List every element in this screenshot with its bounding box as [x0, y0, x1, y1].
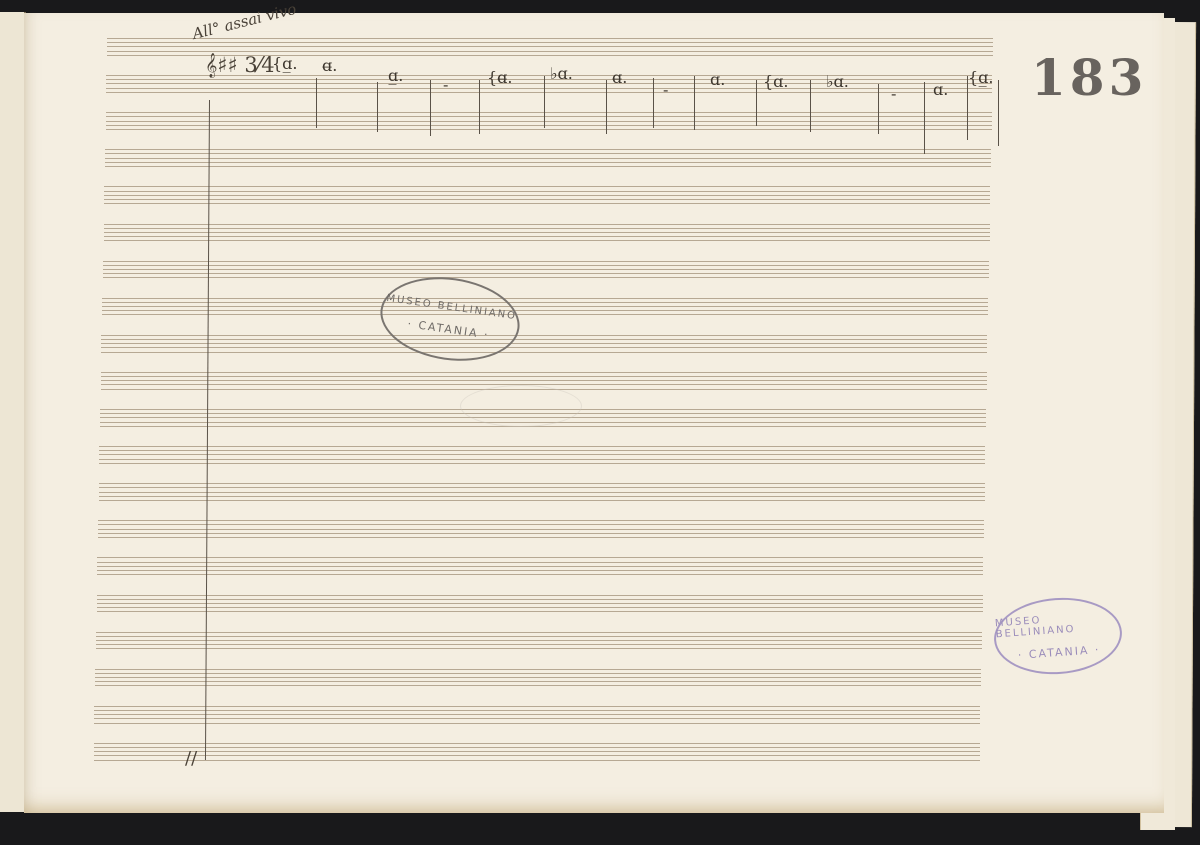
staff-line — [104, 195, 990, 196]
staff-line — [95, 681, 981, 682]
staff-line — [104, 186, 990, 187]
stamp-top-text: MUSEO BELLINIANO — [386, 293, 518, 322]
staff-line — [99, 487, 985, 488]
staff-line — [99, 459, 985, 460]
staff-line — [97, 595, 983, 596]
staff-line — [104, 199, 990, 200]
staff-line — [103, 265, 989, 266]
staff-line — [99, 483, 985, 484]
staff — [95, 669, 981, 689]
staff-line — [97, 603, 983, 604]
note-glyph: ɑ̶. — [612, 68, 627, 87]
page-number: 183 — [1031, 48, 1147, 107]
staff-line — [104, 224, 990, 225]
staff-line — [94, 706, 980, 707]
staff — [99, 483, 985, 503]
staff-line — [106, 129, 992, 130]
staff-line — [102, 302, 988, 303]
staff-line — [103, 269, 989, 270]
note-glyph: {ɑ̶. — [487, 68, 513, 87]
staff — [98, 520, 984, 540]
staff-line — [95, 677, 981, 678]
barline — [998, 80, 999, 146]
staff-line — [101, 335, 987, 336]
staff-line — [104, 203, 990, 204]
staff-line — [106, 125, 992, 126]
staff-line — [96, 644, 982, 645]
staff-line — [97, 574, 983, 575]
staff-line — [107, 46, 993, 47]
bracket-end-mark: // — [185, 748, 197, 769]
staff-line — [101, 347, 987, 348]
barline — [606, 80, 607, 134]
staff-line — [99, 496, 985, 497]
staff-line — [96, 640, 982, 641]
staff-line — [104, 236, 990, 237]
note-glyph: ɑ̲. — [388, 66, 403, 85]
barline — [653, 78, 654, 128]
staff-line — [98, 537, 984, 538]
staff-line — [97, 570, 983, 571]
stamp-top-text: MUSEO BELLINIANO — [995, 609, 1120, 640]
staff — [97, 557, 983, 577]
staff-line — [102, 306, 988, 307]
staff — [94, 743, 980, 763]
staff-line — [104, 191, 990, 192]
barline — [694, 76, 695, 130]
note-glyph: - — [891, 84, 896, 103]
note-glyph: {ɑ̲. — [968, 68, 994, 87]
staff — [97, 595, 983, 615]
staff-line — [95, 673, 981, 674]
staff-line — [106, 88, 992, 89]
staff-line — [94, 755, 980, 756]
barline — [810, 80, 811, 132]
note-glyph: {ɑ. — [763, 72, 789, 91]
staff-line — [107, 51, 993, 52]
staff-line — [107, 38, 993, 39]
staff — [99, 446, 985, 466]
barline — [967, 76, 968, 140]
staff-line — [94, 760, 980, 761]
note-glyph: ♭ɑ. — [826, 72, 849, 91]
staff — [101, 335, 987, 355]
note-glyph: - — [443, 75, 448, 94]
staff-line — [106, 121, 992, 122]
staff-line — [100, 426, 986, 427]
staff-line — [95, 685, 981, 686]
staff-line — [97, 562, 983, 563]
staff — [96, 632, 982, 652]
staff-line — [101, 380, 987, 381]
note-glyph: ♭ɑ. — [550, 64, 573, 83]
staff-line — [97, 557, 983, 558]
staff-line — [107, 42, 993, 43]
barline — [924, 82, 925, 154]
staff-line — [99, 450, 985, 451]
note-glyph: {ɑ̲. — [272, 54, 298, 73]
faint-bleedthrough-stamp — [460, 385, 582, 427]
staff-line — [104, 240, 990, 241]
staff-line — [98, 520, 984, 521]
staff-line — [101, 376, 987, 377]
staff-line — [106, 92, 992, 93]
staff-line — [94, 751, 980, 752]
barline — [479, 80, 480, 134]
staff-line — [97, 607, 983, 608]
staff-line — [94, 747, 980, 748]
staff-line — [98, 533, 984, 534]
staff-line — [102, 310, 988, 311]
staff-line — [99, 454, 985, 455]
staff-line — [101, 352, 987, 353]
staff — [105, 149, 991, 169]
staff-line — [97, 599, 983, 600]
staff — [104, 186, 990, 206]
staff-line — [105, 162, 991, 163]
staff-line — [99, 492, 985, 493]
staff-line — [102, 314, 988, 315]
staff-line — [106, 83, 992, 84]
staff-line — [96, 632, 982, 633]
staff — [104, 224, 990, 244]
staff-line — [101, 372, 987, 373]
staff-line — [105, 158, 991, 159]
staff-line — [94, 723, 980, 724]
staff-line — [104, 228, 990, 229]
staff — [94, 706, 980, 726]
staff-line — [102, 298, 988, 299]
note-glyph: ɑ. — [710, 70, 725, 89]
staff-line — [94, 714, 980, 715]
note-glyph: ɑ. — [933, 80, 948, 99]
barline — [878, 84, 879, 134]
stamp-bottom-text: · CATANIA · — [407, 317, 491, 341]
staff-line — [94, 743, 980, 744]
staff-line — [98, 529, 984, 530]
staff-line — [101, 339, 987, 340]
staff-line — [94, 718, 980, 719]
note-glyph: - — [663, 80, 668, 99]
staff-line — [99, 463, 985, 464]
staff-line — [103, 261, 989, 262]
staff — [102, 298, 988, 318]
staff-line — [94, 710, 980, 711]
left-page-edge — [0, 12, 26, 812]
barline — [430, 80, 431, 136]
staff-line — [104, 232, 990, 233]
staff-line — [103, 273, 989, 274]
staff-line — [105, 153, 991, 154]
staff-line — [97, 611, 983, 612]
staff-line — [103, 277, 989, 278]
staff-line — [105, 149, 991, 150]
staff-line — [101, 343, 987, 344]
barline — [377, 82, 378, 132]
note-glyph: ɑ̶. — [322, 56, 337, 75]
clef-key-time-signature: 𝄞♯♯ 3⁄4 — [205, 53, 275, 78]
staff-line — [95, 669, 981, 670]
staff-line — [105, 166, 991, 167]
barline — [756, 80, 757, 126]
staff-line — [96, 636, 982, 637]
staff-line — [97, 566, 983, 567]
staff-line — [106, 112, 992, 113]
staff-line — [99, 446, 985, 447]
staff-line — [99, 500, 985, 501]
staff — [106, 112, 992, 132]
staff — [103, 261, 989, 281]
barline — [544, 76, 545, 128]
staff-line — [98, 524, 984, 525]
staff-line — [106, 116, 992, 117]
staff-line — [96, 648, 982, 649]
stamp-bottom-text: · CATANIA · — [1017, 643, 1100, 662]
barline — [316, 78, 317, 128]
staff-line — [101, 384, 987, 385]
